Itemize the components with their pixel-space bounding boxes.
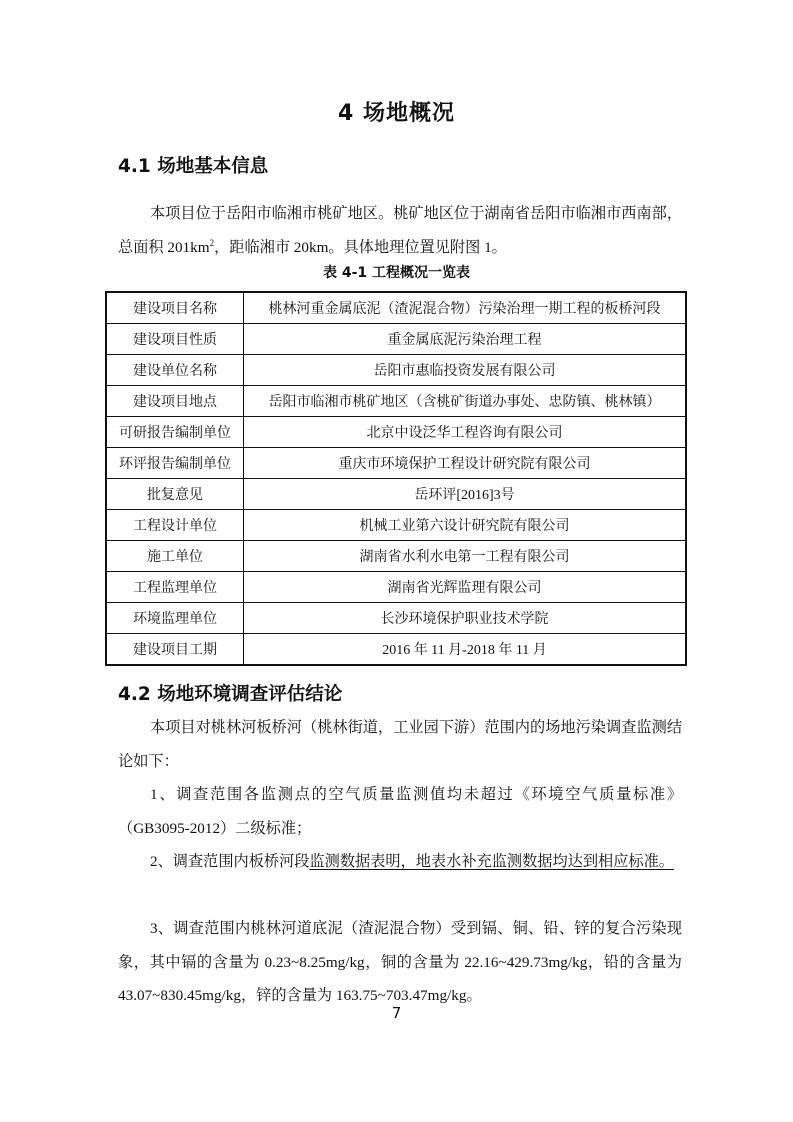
conclusion-item-2-underlined: 监测数据表明，地表水补充监测数据均达到相应标准。	[309, 853, 674, 870]
table-cell-key: 批复意见	[106, 479, 244, 510]
table-cell-value: 2016 年 11 月-2018 年 11 月	[244, 634, 687, 666]
table-row: 建设项目地点岳阳市临湘市桃矿地区（含桃矿街道办事处、忠防镇、桃林镇）	[106, 386, 686, 417]
site-info-text-2: ，距临湘市 20km。具体地理位置见附图 1。	[214, 239, 507, 256]
table-cell-value: 岳环评[2016]3号	[244, 479, 687, 510]
table-row: 批复意见岳环评[2016]3号	[106, 479, 686, 510]
project-overview-table: 建设项目名称桃林河重金属底泥（渣泥混合物）污染治理一期工程的板桥河段建设项目性质…	[105, 291, 687, 666]
conclusion-item-3: 3、调查范围内桃林河道底泥（渣泥混合物）受到镉、铜、铅、锌的复合污染现象，其中镉…	[118, 912, 682, 1013]
table-cell-key: 工程设计单位	[106, 510, 244, 541]
table-cell-value: 长沙环境保护职业技术学院	[244, 603, 687, 634]
section-title-assessment: 4.2 场地环境调查评估结论	[118, 680, 342, 706]
table-cell-key: 工程监理单位	[106, 572, 244, 603]
table-cell-key: 建设项目工期	[106, 634, 244, 666]
table-row: 建设项目工期2016 年 11 月-2018 年 11 月	[106, 634, 686, 666]
table-row: 环境监理单位长沙环境保护职业技术学院	[106, 603, 686, 634]
table-cell-value: 湖南省光辉监理有限公司	[244, 572, 687, 603]
table-cell-value: 岳阳市惠临投资发展有限公司	[244, 355, 687, 386]
page-number: 7	[0, 1004, 793, 1022]
table-cell-value: 重庆市环境保护工程设计研究院有限公司	[244, 448, 687, 479]
table-cell-value: 重金属底泥污染治理工程	[244, 324, 687, 355]
table-row: 施工单位湖南省水利水电第一工程有限公司	[106, 541, 686, 572]
table-cell-key: 建设单位名称	[106, 355, 244, 386]
chapter-title: 4 场地概况	[0, 96, 793, 127]
table-row: 工程设计单位机械工业第六设计研究院有限公司	[106, 510, 686, 541]
table-cell-value: 桃林河重金属底泥（渣泥混合物）污染治理一期工程的板桥河段	[244, 292, 687, 324]
table-row: 建设项目名称桃林河重金属底泥（渣泥混合物）污染治理一期工程的板桥河段	[106, 292, 686, 324]
table-cell-key: 施工单位	[106, 541, 244, 572]
conclusion-item-1: 1、调查范围各监测点的空气质量监测值均未超过《环境空气质量标准》（GB3095-…	[118, 778, 682, 845]
table-caption: 表 4-1 工程概况一览表	[0, 262, 793, 282]
table-cell-key: 建设项目名称	[106, 292, 244, 324]
table-cell-value: 机械工业第六设计研究院有限公司	[244, 510, 687, 541]
table-cell-value: 湖南省水利水电第一工程有限公司	[244, 541, 687, 572]
table-row: 建设单位名称岳阳市惠临投资发展有限公司	[106, 355, 686, 386]
table-cell-key: 环评报告编制单位	[106, 448, 244, 479]
table-cell-key: 建设项目性质	[106, 324, 244, 355]
table-cell-key: 建设项目地点	[106, 386, 244, 417]
assessment-intro: 本项目对桃林河板桥河（桃林街道，工业园下游）范围内的场地污染调查监测结论如下：	[118, 711, 682, 778]
table-row: 建设项目性质重金属底泥污染治理工程	[106, 324, 686, 355]
table-row: 环评报告编制单位重庆市环境保护工程设计研究院有限公司	[106, 448, 686, 479]
conclusion-item-2-text: 2、调查范围内板桥河段	[150, 853, 309, 870]
table-cell-value: 岳阳市临湘市桃矿地区（含桃矿街道办事处、忠防镇、桃林镇）	[244, 386, 687, 417]
section-title-site-info: 4.1 场地基本信息	[118, 152, 268, 178]
table-row: 可研报告编制单位北京中设泛华工程咨询有限公司	[106, 417, 686, 448]
conclusion-item-2: 2、调查范围内板桥河段监测数据表明，地表水补充监测数据均达到相应标准。	[118, 845, 682, 879]
table-row: 工程监理单位湖南省光辉监理有限公司	[106, 572, 686, 603]
table-cell-value: 北京中设泛华工程咨询有限公司	[244, 417, 687, 448]
table-cell-key: 可研报告编制单位	[106, 417, 244, 448]
site-info-paragraph: 本项目位于岳阳市临湘市桃矿地区。桃矿地区位于湖南省岳阳市临湘市西南部，总面积 2…	[118, 197, 682, 264]
table-cell-key: 环境监理单位	[106, 603, 244, 634]
